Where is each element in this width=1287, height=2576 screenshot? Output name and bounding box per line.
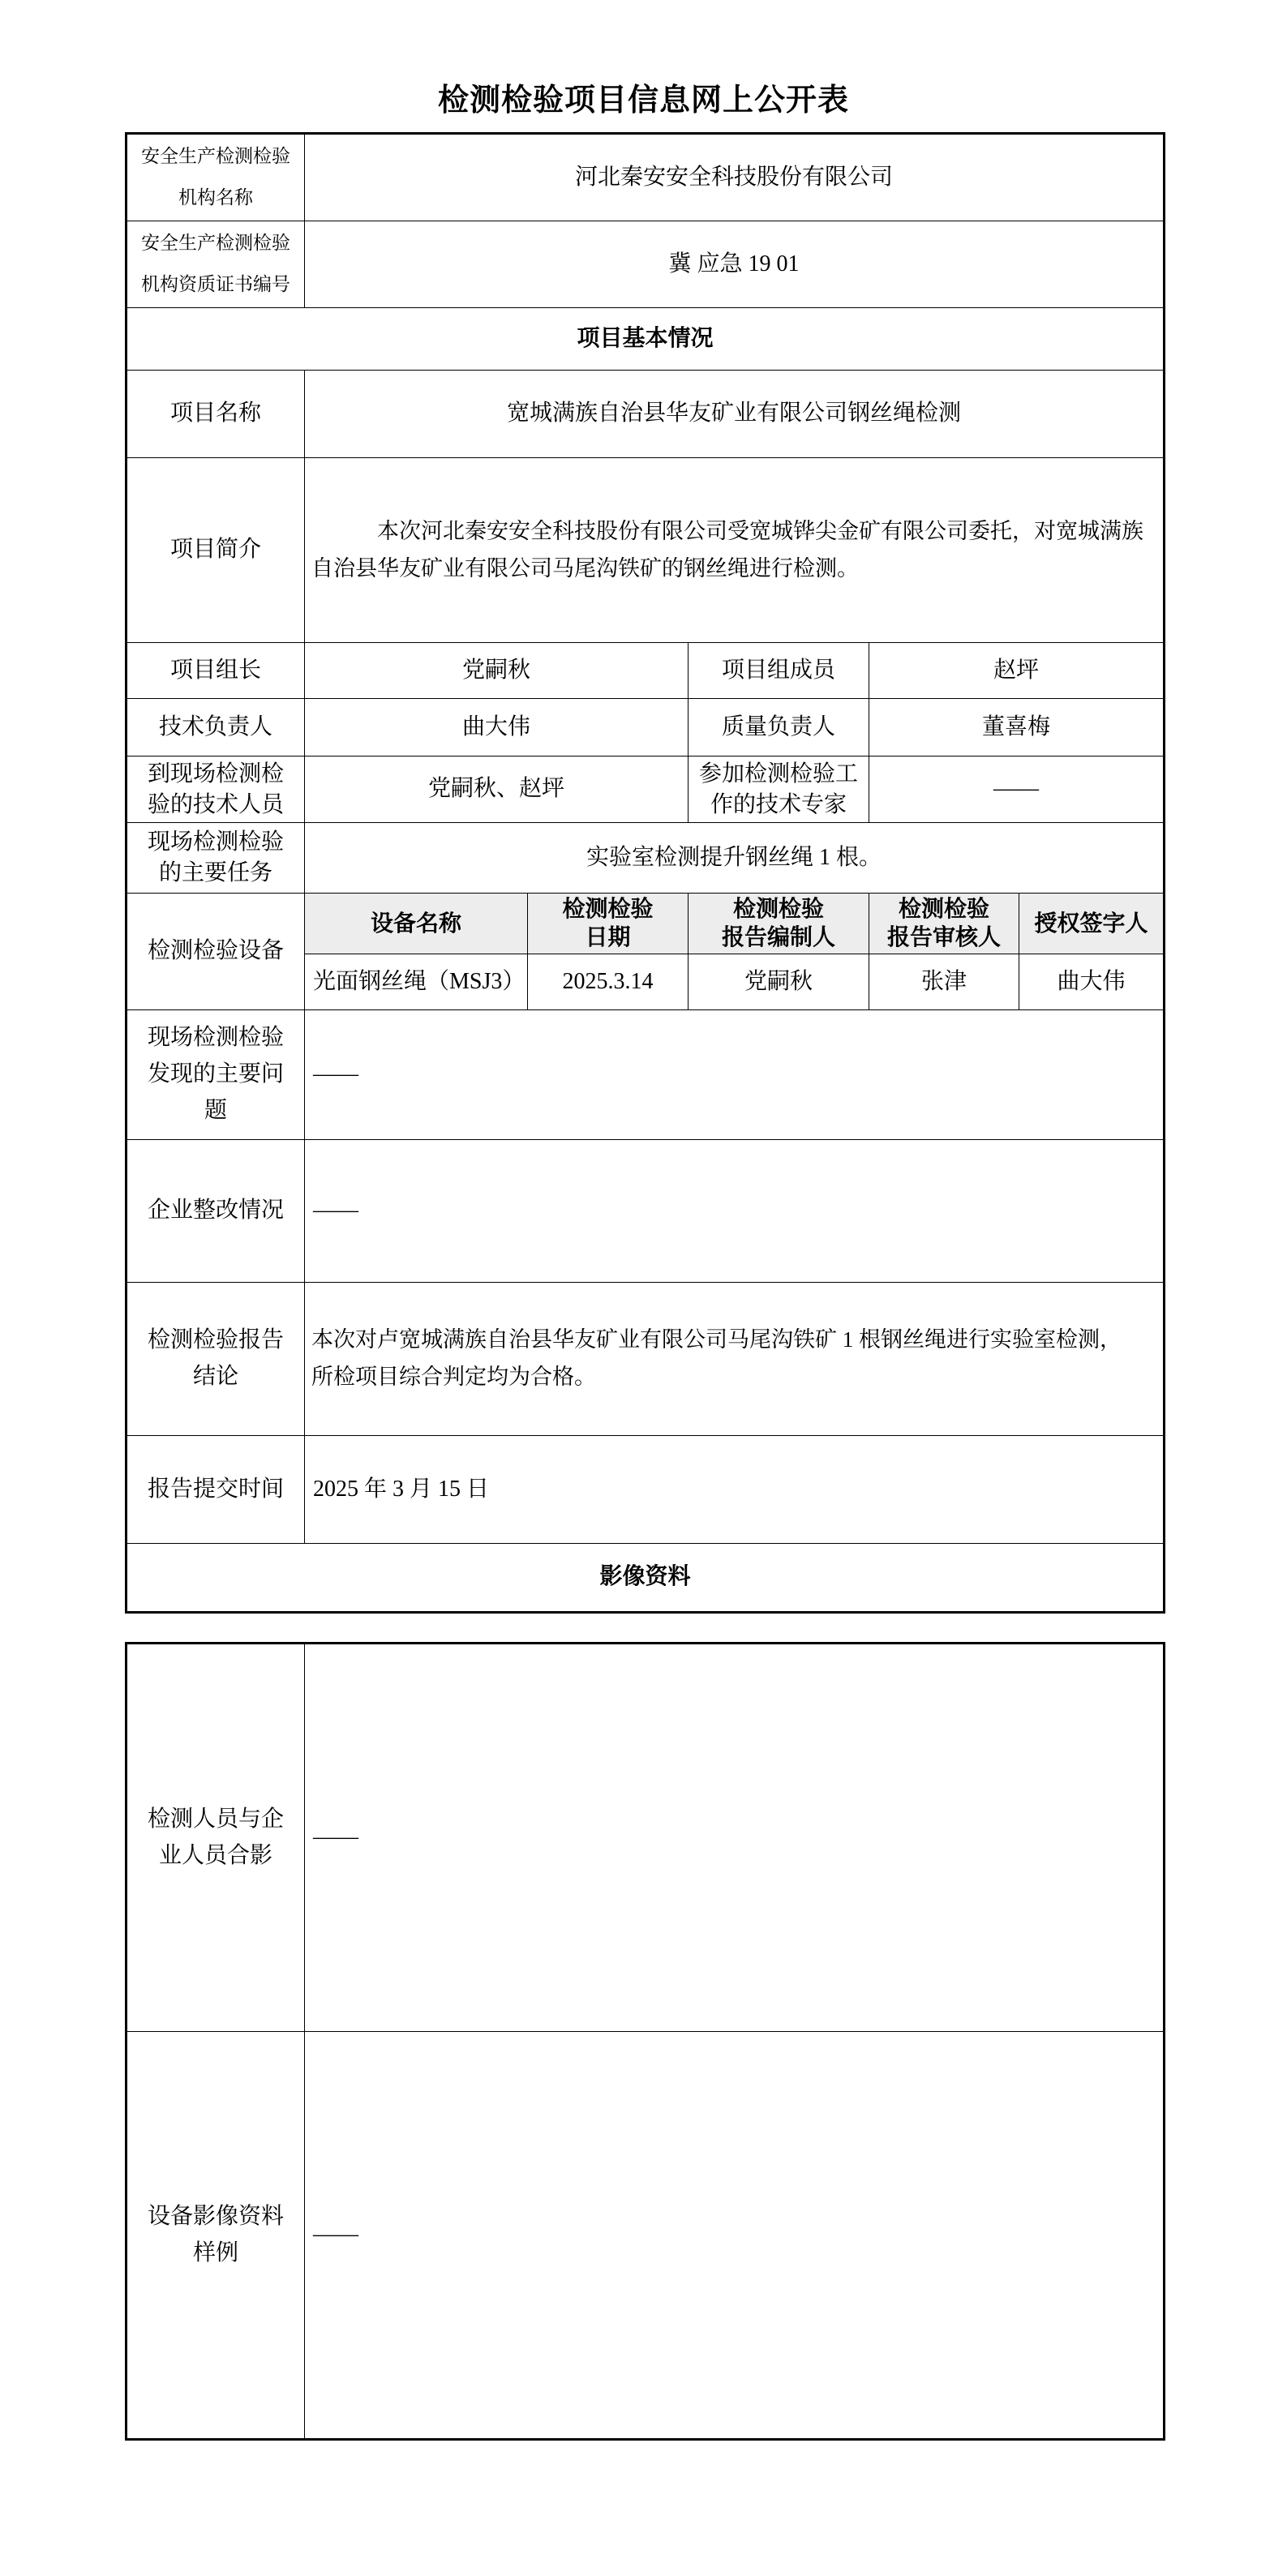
row-project-brief: 项目简介 本次河北秦安安全科技股份有限公司受宽城铧尖金矿有限公司委托，对宽城满族… [127,458,1165,643]
row-main-problems: 现场检测检验 发现的主要问 题 —— [127,1010,1165,1140]
onsite-personnel-value: 党嗣秋、赵坪 [305,757,689,823]
project-name-label: 项目名称 [127,371,305,458]
document-page: 检测检验项目信息网上公开表 安全生产检测检验 机构名称 河北秦安安全科技股份有限… [0,0,1287,2576]
row-group-photo: 检测人员与企 业人员合影 —— [127,1644,1165,2032]
main-problems-label: 现场检测检验 发现的主要问 题 [127,1010,305,1140]
group-photo-label: 检测人员与企 业人员合影 [127,1644,305,2032]
tech-director-value: 曲大伟 [305,699,689,757]
row-org-name: 安全生产检测检验 机构名称 河北秦安安全科技股份有限公司 [127,134,1165,221]
equipment-label: 检测检验设备 [127,894,305,1010]
main-task-value: 实验室检测提升钢丝绳 1 根。 [305,823,1165,894]
project-members-label: 项目组成员 [689,643,869,699]
equipment-col-authorized-signer: 授权签字人 [1019,894,1165,954]
report-conclusion-label: 检测检验报告 结论 [127,1283,305,1436]
equipment-authorized-signer: 曲大伟 [1019,954,1165,1010]
experts-label: 参加检测检验工 作的技术专家 [689,757,869,823]
quality-director-value: 董喜梅 [869,699,1165,757]
row-onsite-personnel: 到现场检测检 验的技术人员 党嗣秋、赵坪 参加检测检验工 作的技术专家 —— [127,757,1165,823]
project-leader-label: 项目组长 [127,643,305,699]
cert-no-value: 冀 应急 19 01 [305,221,1165,308]
row-cert-no: 安全生产检测检验 机构资质证书编号 冀 应急 19 01 [127,221,1165,308]
section-basic-info: 项目基本情况 [127,308,1165,371]
row-equipment-header: 检测检验设备 设备名称 检测检验 日期 检测检验 报告编制人 检测检验 报告审核… [127,894,1165,954]
quality-director-label: 质量负责人 [689,699,869,757]
experts-value: —— [869,757,1165,823]
row-section-basic-info: 项目基本情况 [127,308,1165,371]
row-rectification: 企业整改情况 —— [127,1140,1165,1283]
row-report-submit-time: 报告提交时间 2025 年 3 月 15 日 [127,1436,1165,1544]
equipment-device-name: 光面钢丝绳（MSJ3） [305,954,528,1010]
org-name-label: 安全生产检测检验 机构名称 [127,134,305,221]
onsite-personnel-label: 到现场检测检 验的技术人员 [127,757,305,823]
page-title: 检测检验项目信息网上公开表 [0,0,1287,132]
equipment-photo-sample-value: —— [305,2032,1165,2440]
project-leader-value: 党嗣秋 [305,643,689,699]
group-photo-value: —— [305,1644,1165,2032]
equipment-col-date: 检测检验 日期 [528,894,689,954]
equipment-col-device-name: 设备名称 [305,894,528,954]
main-problems-value: —— [305,1010,1165,1140]
media-table: 检测人员与企 业人员合影 —— 设备影像资料 样例 —— [125,1642,1165,2441]
row-directors: 技术负责人 曲大伟 质量负责人 董喜梅 [127,699,1165,757]
report-submit-time-value: 2025 年 3 月 15 日 [305,1436,1165,1544]
row-leaders: 项目组长 党嗣秋 项目组成员 赵坪 [127,643,1165,699]
row-report-conclusion: 检测检验报告 结论 本次对卢宽城满族自治县华友矿业有限公司马尾沟铁矿 1 根钢丝… [127,1283,1165,1436]
rectification-label: 企业整改情况 [127,1140,305,1283]
tech-director-label: 技术负责人 [127,699,305,757]
equipment-report-author: 党嗣秋 [689,954,869,1010]
report-submit-time-label: 报告提交时间 [127,1436,305,1544]
main-form-table: 安全生产检测检验 机构名称 河北秦安安全科技股份有限公司 安全生产检测检验 机构… [125,132,1165,1614]
equipment-col-report-author: 检测检验 报告编制人 [689,894,869,954]
equipment-photo-sample-label: 设备影像资料 样例 [127,2032,305,2440]
equipment-col-report-reviewer: 检测检验 报告审核人 [869,894,1019,954]
section-media: 影像资料 [127,1544,1165,1613]
org-name-value: 河北秦安安全科技股份有限公司 [305,134,1165,221]
project-members-value: 赵坪 [869,643,1165,699]
row-main-task: 现场检测检验 的主要任务 实验室检测提升钢丝绳 1 根。 [127,823,1165,894]
project-brief-label: 项目简介 [127,458,305,643]
equipment-date: 2025.3.14 [528,954,689,1010]
row-section-media: 影像资料 [127,1544,1165,1613]
rectification-value: —— [305,1140,1165,1283]
cert-no-label: 安全生产检测检验 机构资质证书编号 [127,221,305,308]
row-equipment-photo-sample: 设备影像资料 样例 —— [127,2032,1165,2440]
equipment-report-reviewer: 张津 [869,954,1019,1010]
project-brief-value: 本次河北秦安安全科技股份有限公司受宽城铧尖金矿有限公司委托，对宽城满族 自治县华… [305,458,1165,643]
main-task-label: 现场检测检验 的主要任务 [127,823,305,894]
project-name-value: 宽城满族自治县华友矿业有限公司钢丝绳检测 [305,371,1165,458]
row-project-name: 项目名称 宽城满族自治县华友矿业有限公司钢丝绳检测 [127,371,1165,458]
report-conclusion-value: 本次对卢宽城满族自治县华友矿业有限公司马尾沟铁矿 1 根钢丝绳进行实验室检测， … [305,1283,1165,1436]
